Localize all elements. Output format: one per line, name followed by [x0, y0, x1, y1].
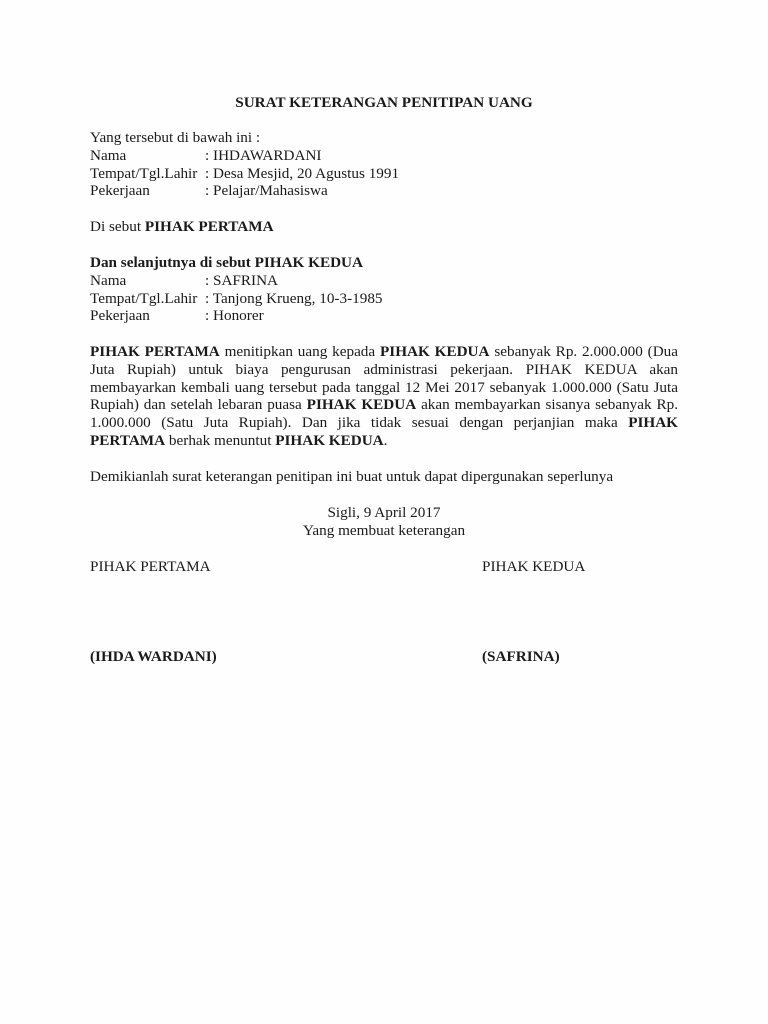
document-title: SURAT KETERANGAN PENITIPAN UANG [0, 94, 768, 112]
field-value: : Desa Mesjid, 20 Agustus 1991 [205, 165, 399, 183]
field-value: : Pelajar/Mahasiswa [205, 182, 328, 200]
signature-name-left: (IHDA WARDANI) [90, 648, 217, 666]
signature-role-right: PIHAK KEDUA [482, 558, 585, 576]
field-label: Nama [90, 147, 205, 165]
party2-heading: Dan selanjutnya di sebut PIHAK KEDUA [90, 254, 678, 272]
closing-text: Demikianlah surat keterangan penitipan i… [90, 468, 678, 486]
party1-name-row: Nama : IHDAWARDANI [90, 147, 678, 165]
designation-prefix: Di sebut [90, 218, 145, 235]
signature-role-left: PIHAK PERTAMA [90, 558, 211, 576]
designation-bold: PIHAK PERTAMA [145, 218, 274, 235]
field-value: : Tanjong Krueng, 10-3-1985 [205, 290, 383, 308]
party1-designation: Di sebut PIHAK PERTAMA [90, 218, 678, 236]
bold-segment: PIHAK KEDUA [380, 343, 489, 360]
party2-job-row: Pekerjaan : Honorer [90, 307, 678, 325]
party2-name-row: Nama : SAFRINA [90, 272, 678, 290]
signature-name-right: (SAFRINA) [482, 648, 560, 666]
party1-birth-row: Tempat/Tgl.Lahir : Desa Mesjid, 20 Agust… [90, 165, 678, 183]
field-label: Pekerjaan [90, 182, 205, 200]
document-page: SURAT KETERANGAN PENITIPAN UANG Yang ter… [0, 0, 768, 1024]
bold-segment: PIHAK KEDUA [275, 432, 383, 449]
field-value: : SAFRINA [205, 272, 278, 290]
party2-birth-row: Tempat/Tgl.Lahir : Tanjong Krueng, 10-3-… [90, 290, 678, 308]
field-value: : Honorer [205, 307, 264, 325]
intro-text: Yang tersebut di bawah ini : [90, 129, 678, 147]
bold-segment: PIHAK KEDUA [307, 396, 417, 413]
field-label: Nama [90, 272, 205, 290]
text-segment: menitipkan uang kepada [220, 343, 380, 360]
text-segment: berhak menuntut [165, 432, 275, 449]
place-date: Sigli, 9 April 2017 [0, 504, 768, 522]
field-label: Pekerjaan [90, 307, 205, 325]
body-paragraph: PIHAK PERTAMA menitipkan uang kepada PIH… [90, 343, 678, 450]
field-label: Tempat/Tgl.Lahir [90, 165, 205, 183]
party1-job-row: Pekerjaan : Pelajar/Mahasiswa [90, 182, 678, 200]
party2-section: Dan selanjutnya di sebut PIHAK KEDUA Nam… [90, 254, 678, 325]
field-label: Tempat/Tgl.Lahir [90, 290, 205, 308]
field-value: : IHDAWARDANI [205, 147, 321, 165]
maker-text: Yang membuat keterangan [0, 522, 768, 540]
text-segment: . [384, 432, 388, 449]
party1-section: Yang tersebut di bawah ini : Nama : IHDA… [90, 129, 678, 200]
bold-segment: PIHAK PERTAMA [90, 343, 220, 360]
